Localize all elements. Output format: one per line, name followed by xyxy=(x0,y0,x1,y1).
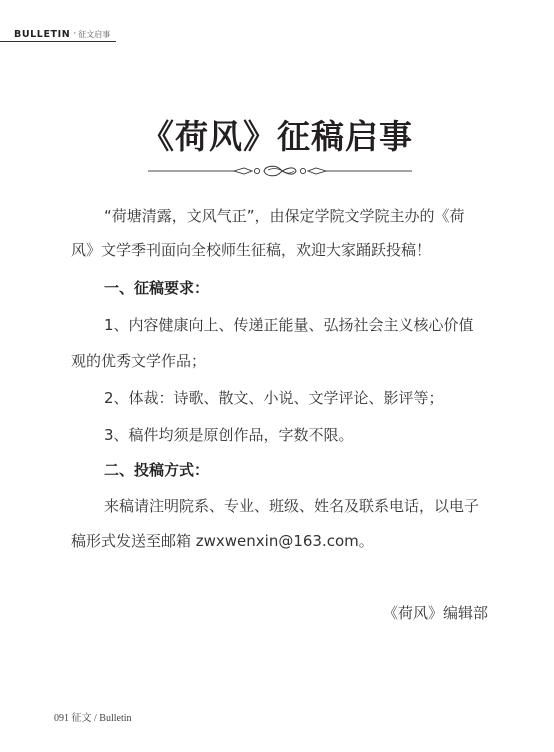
page-footer: 091 征文 / Bulletin xyxy=(54,709,132,724)
requirement-3: 3、稿件均须是原创作品，字数不限。 xyxy=(104,425,516,445)
signature: 《荷风》编辑部 xyxy=(383,603,488,623)
requirement-1-line-2: 观的优秀文学作品； xyxy=(71,351,483,371)
header-section-en: BULLETIN xyxy=(14,29,70,40)
section-heading-submission: 二、投稿方式： xyxy=(104,460,516,480)
header-section-cn: 征文启事 xyxy=(78,29,110,40)
requirement-1-line-1: 1、内容健康向上、传递正能量、弘扬社会主义核心价值 xyxy=(104,315,516,335)
running-header: BULLETIN · 征文启事 xyxy=(14,28,110,40)
intro-line-1: “荷塘清露，文风气正”，由保定学院文学院主办的《荷 xyxy=(104,206,516,226)
header-rule xyxy=(0,41,116,42)
section-heading-requirements: 一、征稿要求： xyxy=(104,278,516,298)
page-title: 《荷风》征稿启事 xyxy=(0,112,554,162)
header-separator: · xyxy=(73,29,76,39)
submission-line-1: 来稿请注明院系、专业、班级、姓名及联系电话，以电子 xyxy=(104,496,516,516)
requirement-2: 2、体裁：诗歌、散文、小说、文学评论、影评等； xyxy=(104,388,516,408)
submission-line-2: 稿形式发送至邮箱 zwxwenxin@163.com。 xyxy=(71,531,483,551)
footer-text: 征文 / Bulletin xyxy=(72,713,132,724)
page-number: 091 xyxy=(54,713,69,724)
flourish-divider-icon xyxy=(148,163,412,179)
intro-line-2: 风》文学季刊面向全校师生征稿，欢迎大家踊跃投稿！ xyxy=(71,240,483,260)
